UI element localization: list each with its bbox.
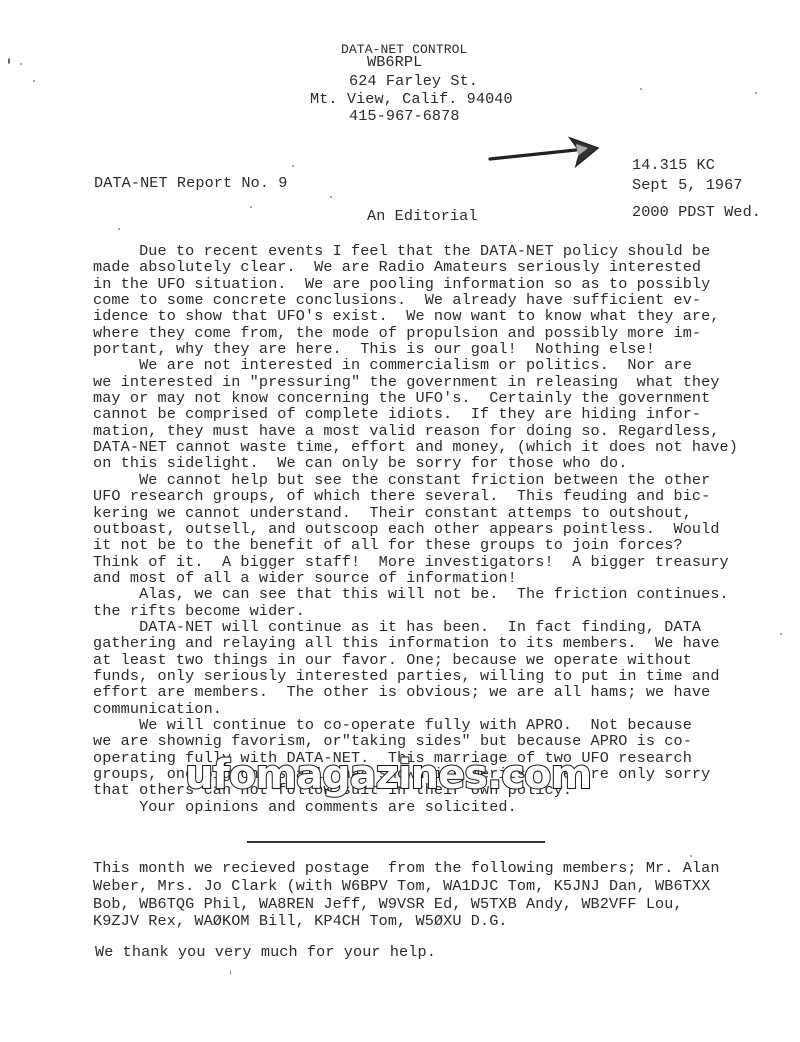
text-line: Alas, we can see that this will not be. …: [93, 586, 738, 602]
text-line: DATA-NET cannot waste time, effort and m…: [93, 439, 738, 455]
text-line: gathering and relaying all this informat…: [93, 635, 738, 651]
text-line: we are shownig favorism, or"taking sides…: [93, 733, 738, 749]
text-line: mation, they must have a most valid reas…: [93, 423, 738, 439]
letterhead-city: Mt. View, Calif. 94040: [310, 92, 513, 108]
hand-drawn-arrow-icon: [488, 132, 600, 172]
editorial-title: An Editorial: [367, 209, 478, 225]
text-line: kering we cannot understand. Their const…: [93, 505, 738, 521]
text-line: at least two things in our favor. One; b…: [93, 652, 738, 668]
letterhead-callsign: WB6RPL: [367, 55, 422, 71]
letterhead-street: 624 Farley St.: [349, 74, 478, 90]
text-line: come to some concrete conclusions. We al…: [93, 292, 738, 308]
text-line: portant, why they are here. This is our …: [93, 341, 738, 357]
report-number: DATA-NET Report No. 9: [94, 176, 288, 192]
text-line: cannot be comprised of complete idiots. …: [93, 406, 738, 422]
postage-members-note: This month we recieved postage from the …: [93, 860, 720, 931]
text-line: effort are members. The other is obvious…: [93, 684, 738, 700]
text-line: We are not interested in commercialism o…: [93, 357, 738, 373]
report-date: Sept 5, 1967: [632, 178, 743, 194]
text-line: Bob, WB6TQG Phil, WA8REN Jeff, W9VSR Ed,…: [93, 896, 720, 914]
text-line: DATA-NET will continue as it has been. I…: [93, 619, 738, 635]
text-line: Think of it. A bigger staff! More invest…: [93, 554, 738, 570]
text-line: We cannot help but see the constant fric…: [93, 472, 738, 488]
text-line: and most of all a wider source of inform…: [93, 570, 738, 586]
text-line: Due to recent events I feel that the DAT…: [93, 243, 738, 259]
text-line: may or may not know concerning the UFO's…: [93, 390, 738, 406]
watermark: ufomagazines.com: [185, 752, 591, 798]
text-line: Your opinions and comments are solicited…: [93, 799, 738, 815]
text-line: We will continue to co-operate fully wit…: [93, 717, 738, 733]
text-line: the rifts become wider.: [93, 603, 738, 619]
text-line: K9ZJV Rex, WAØKOM Bill, KP4CH Tom, W5ØXU…: [93, 913, 720, 931]
letterhead-phone: 415-967-6878: [349, 109, 460, 125]
text-line: This month we recieved postage from the …: [93, 860, 720, 878]
net-frequency: 14.315 KC: [632, 158, 761, 174]
text-line: UFO research groups, of which there seve…: [93, 488, 738, 504]
document-page: DATA-NET CONTROL WB6RPL 624 Farley St. M…: [0, 0, 800, 1042]
text-line: outboast, outsell, and outscoop each oth…: [93, 521, 738, 537]
thank-you-note: We thank you very much for your help.: [95, 945, 436, 961]
net-time: 2000 PDST Wed.: [632, 205, 761, 221]
text-line: on this sidelight. We can only be sorry …: [93, 455, 738, 471]
text-line: Weber, Mrs. Jo Clark (with W6BPV Tom, WA…: [93, 878, 720, 896]
text-line: funds, only seriously interested parties…: [93, 668, 738, 684]
text-line: in the UFO situation. We are pooling inf…: [93, 276, 738, 292]
text-line: made absolutely clear. We are Radio Amat…: [93, 259, 738, 275]
text-line: it not be to the benefit of all for thes…: [93, 537, 738, 553]
text-line: we interested in "pressuring" the govern…: [93, 374, 738, 390]
text-line: where they come from, the mode of propul…: [93, 325, 738, 341]
text-line: idence to show that UFO's exist. We now …: [93, 308, 738, 324]
editorial-body: Due to recent events I feel that the DAT…: [93, 243, 738, 815]
section-divider: [247, 841, 545, 843]
text-line: communication.: [93, 701, 738, 717]
